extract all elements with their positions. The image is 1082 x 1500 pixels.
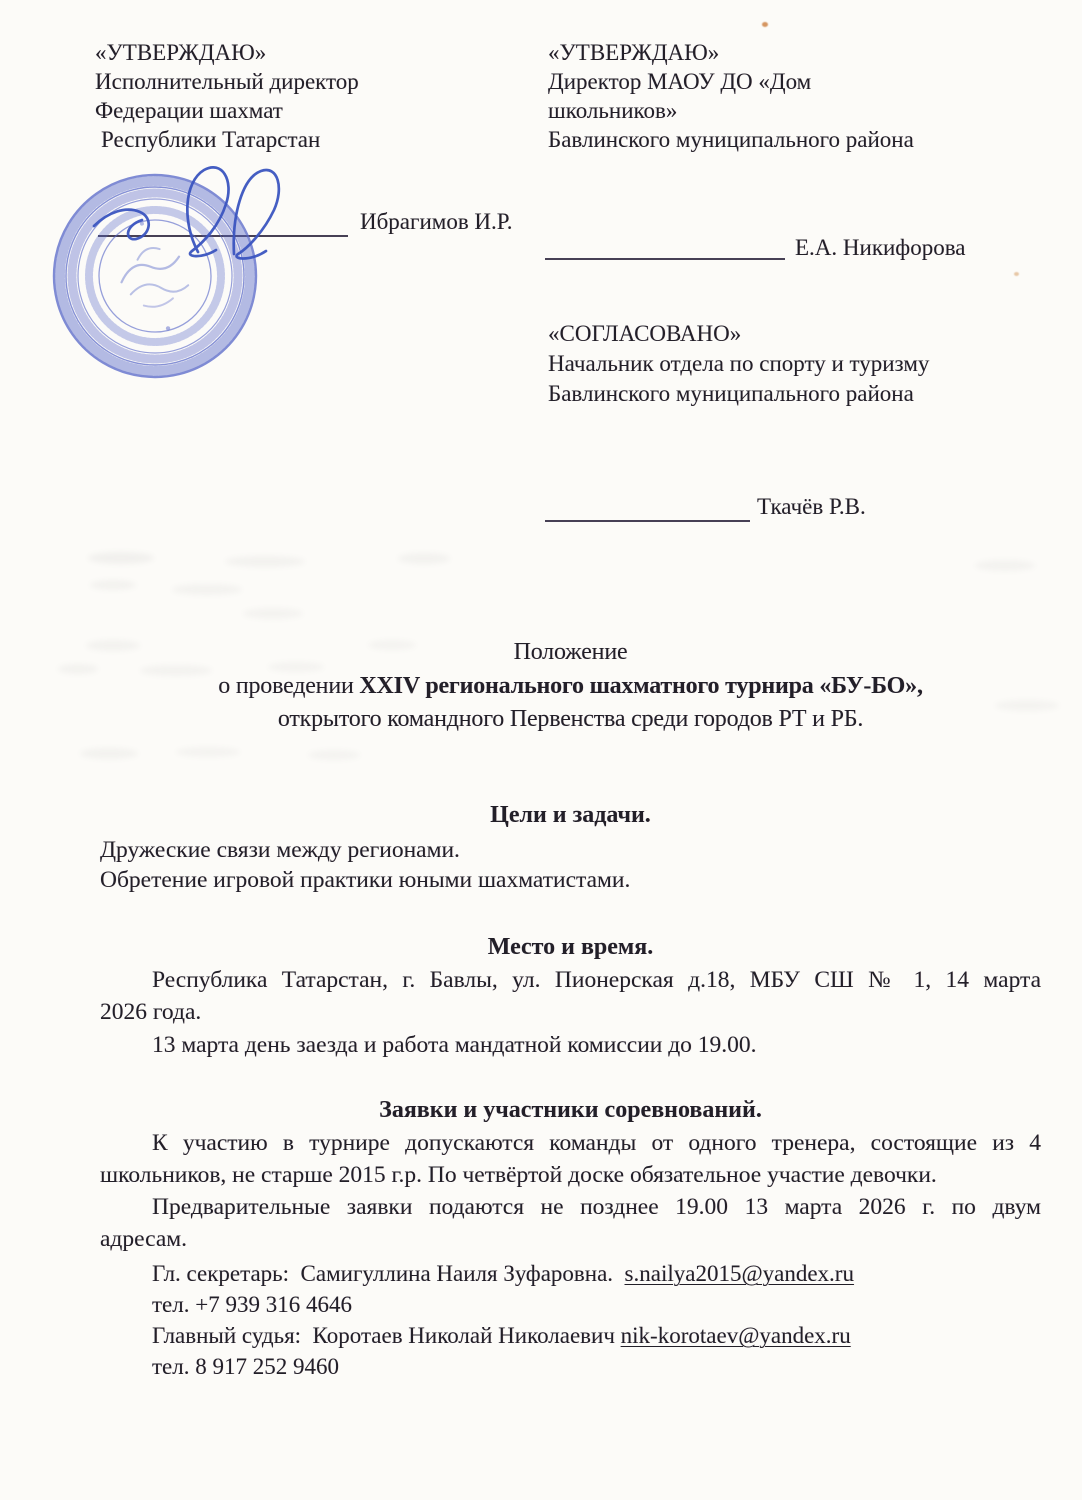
secretary-email: s.nailya2015@yandex.ru: [625, 1261, 854, 1286]
scan-artifact: [88, 552, 154, 564]
title-line2-normal: о проведении: [218, 673, 359, 699]
approval-block-left: «УТВЕРЖДАЮ» Исполнительный директор Феде…: [95, 38, 359, 154]
signature-rule-right: [545, 258, 785, 260]
entries-line: адресам.: [100, 1223, 1041, 1255]
approval-left-line: Федерации шахмат: [95, 96, 359, 125]
document-title-line1: Положение: [100, 635, 1041, 669]
agreed-line: Бавлинского муниципального района: [548, 379, 929, 409]
entries-line: Предварительные заявки подаются не поздн…: [100, 1191, 1041, 1223]
agreed-line: «СОГЛАСОВАНО»: [548, 319, 929, 349]
approval-left-line: Республики Татарстан: [95, 125, 359, 154]
secretary-label: Гл. секретарь: Самигуллина Наиля Зуфаров…: [152, 1261, 625, 1286]
scanned-document-page: «УТВЕРЖДАЮ» Исполнительный директор Феде…: [0, 0, 1082, 1500]
scan-artifact: [398, 553, 450, 564]
scan-artifact: [172, 584, 242, 595]
contact-judge: Главный судья: Коротаев Николай Николаев…: [152, 1320, 851, 1352]
agreed-line: Начальник отдела по спорту и туризму: [548, 349, 929, 379]
scan-speck: [762, 22, 768, 27]
signature-rule-tkachev: [545, 520, 750, 522]
signatory-name-ibragimov: Ибрагимов И.Р.: [360, 206, 512, 238]
goals-line: Дружеские связи между регионами.: [100, 834, 1041, 866]
judge-label: Главный судья: Коротаев Николай Николаев…: [152, 1323, 621, 1348]
section-heading-goals: Цели и задачи.: [100, 799, 1041, 831]
scan-artifact: [58, 664, 98, 674]
venue-line: 2026 года.: [100, 996, 1041, 1028]
judge-phone: тел. 8 917 252 9460: [152, 1351, 339, 1383]
scan-speck: [1014, 272, 1019, 276]
scan-artifact: [90, 580, 136, 590]
contact-secretary: Гл. секретарь: Самигуллина Наиля Зуфаров…: [152, 1258, 854, 1290]
scan-artifact: [308, 750, 360, 760]
approval-left-line: «УТВЕРЖДАЮ»: [95, 38, 359, 67]
approval-right-line: «УТВЕРЖДАЮ»: [548, 38, 914, 67]
approval-block-right: «УТВЕРЖДАЮ» Директор МАОУ ДО «Дом школьн…: [548, 38, 914, 154]
agreed-block: «СОГЛАСОВАНО» Начальник отдела по спорту…: [548, 319, 929, 409]
approval-right-line: Директор МАОУ ДО «Дом: [548, 67, 914, 96]
signatory-name-tkachev: Ткачёв Р.В.: [757, 491, 866, 523]
document-title-line3: открытого командного Первенства среди го…: [100, 702, 1041, 736]
scan-artifact: [176, 747, 240, 757]
approval-right-line: Бавлинского муниципального района: [548, 125, 914, 154]
approval-right-line: школьников»: [548, 96, 914, 125]
signature-ibragimov-icon: [86, 160, 336, 270]
section-heading-entries: Заявки и участники соревнований.: [100, 1094, 1041, 1126]
section-heading-venue: Место и время.: [100, 931, 1041, 963]
scan-artifact: [80, 748, 138, 759]
entries-line: К участию в турнире допускаются команды …: [100, 1127, 1041, 1159]
title-line2-bold: XXIV регионального шахматного турнира «Б…: [359, 673, 922, 699]
venue-line: Республика Татарстан, г. Бавлы, ул. Пион…: [100, 964, 1041, 996]
scan-artifact: [975, 560, 1035, 571]
goals-line: Обретение игровой практики юными шахмати…: [100, 864, 1041, 896]
scan-artifact: [243, 608, 303, 619]
secretary-phone: тел. +7 939 316 4646: [152, 1289, 352, 1321]
scan-artifact: [225, 556, 305, 567]
entries-line: школьников, не старше 2015 г.р. По четвё…: [100, 1159, 1041, 1191]
venue-line: 13 марта день заезда и работа мандатной …: [100, 1029, 1041, 1061]
document-title-line2: о проведении XXIV регионального шахматно…: [100, 669, 1041, 703]
judge-email: nik-korotaev@yandex.ru: [621, 1323, 851, 1348]
signatory-name-nikiforova: Е.А. Никифорова: [795, 232, 965, 264]
approval-left-line: Исполнительный директор: [95, 67, 359, 96]
